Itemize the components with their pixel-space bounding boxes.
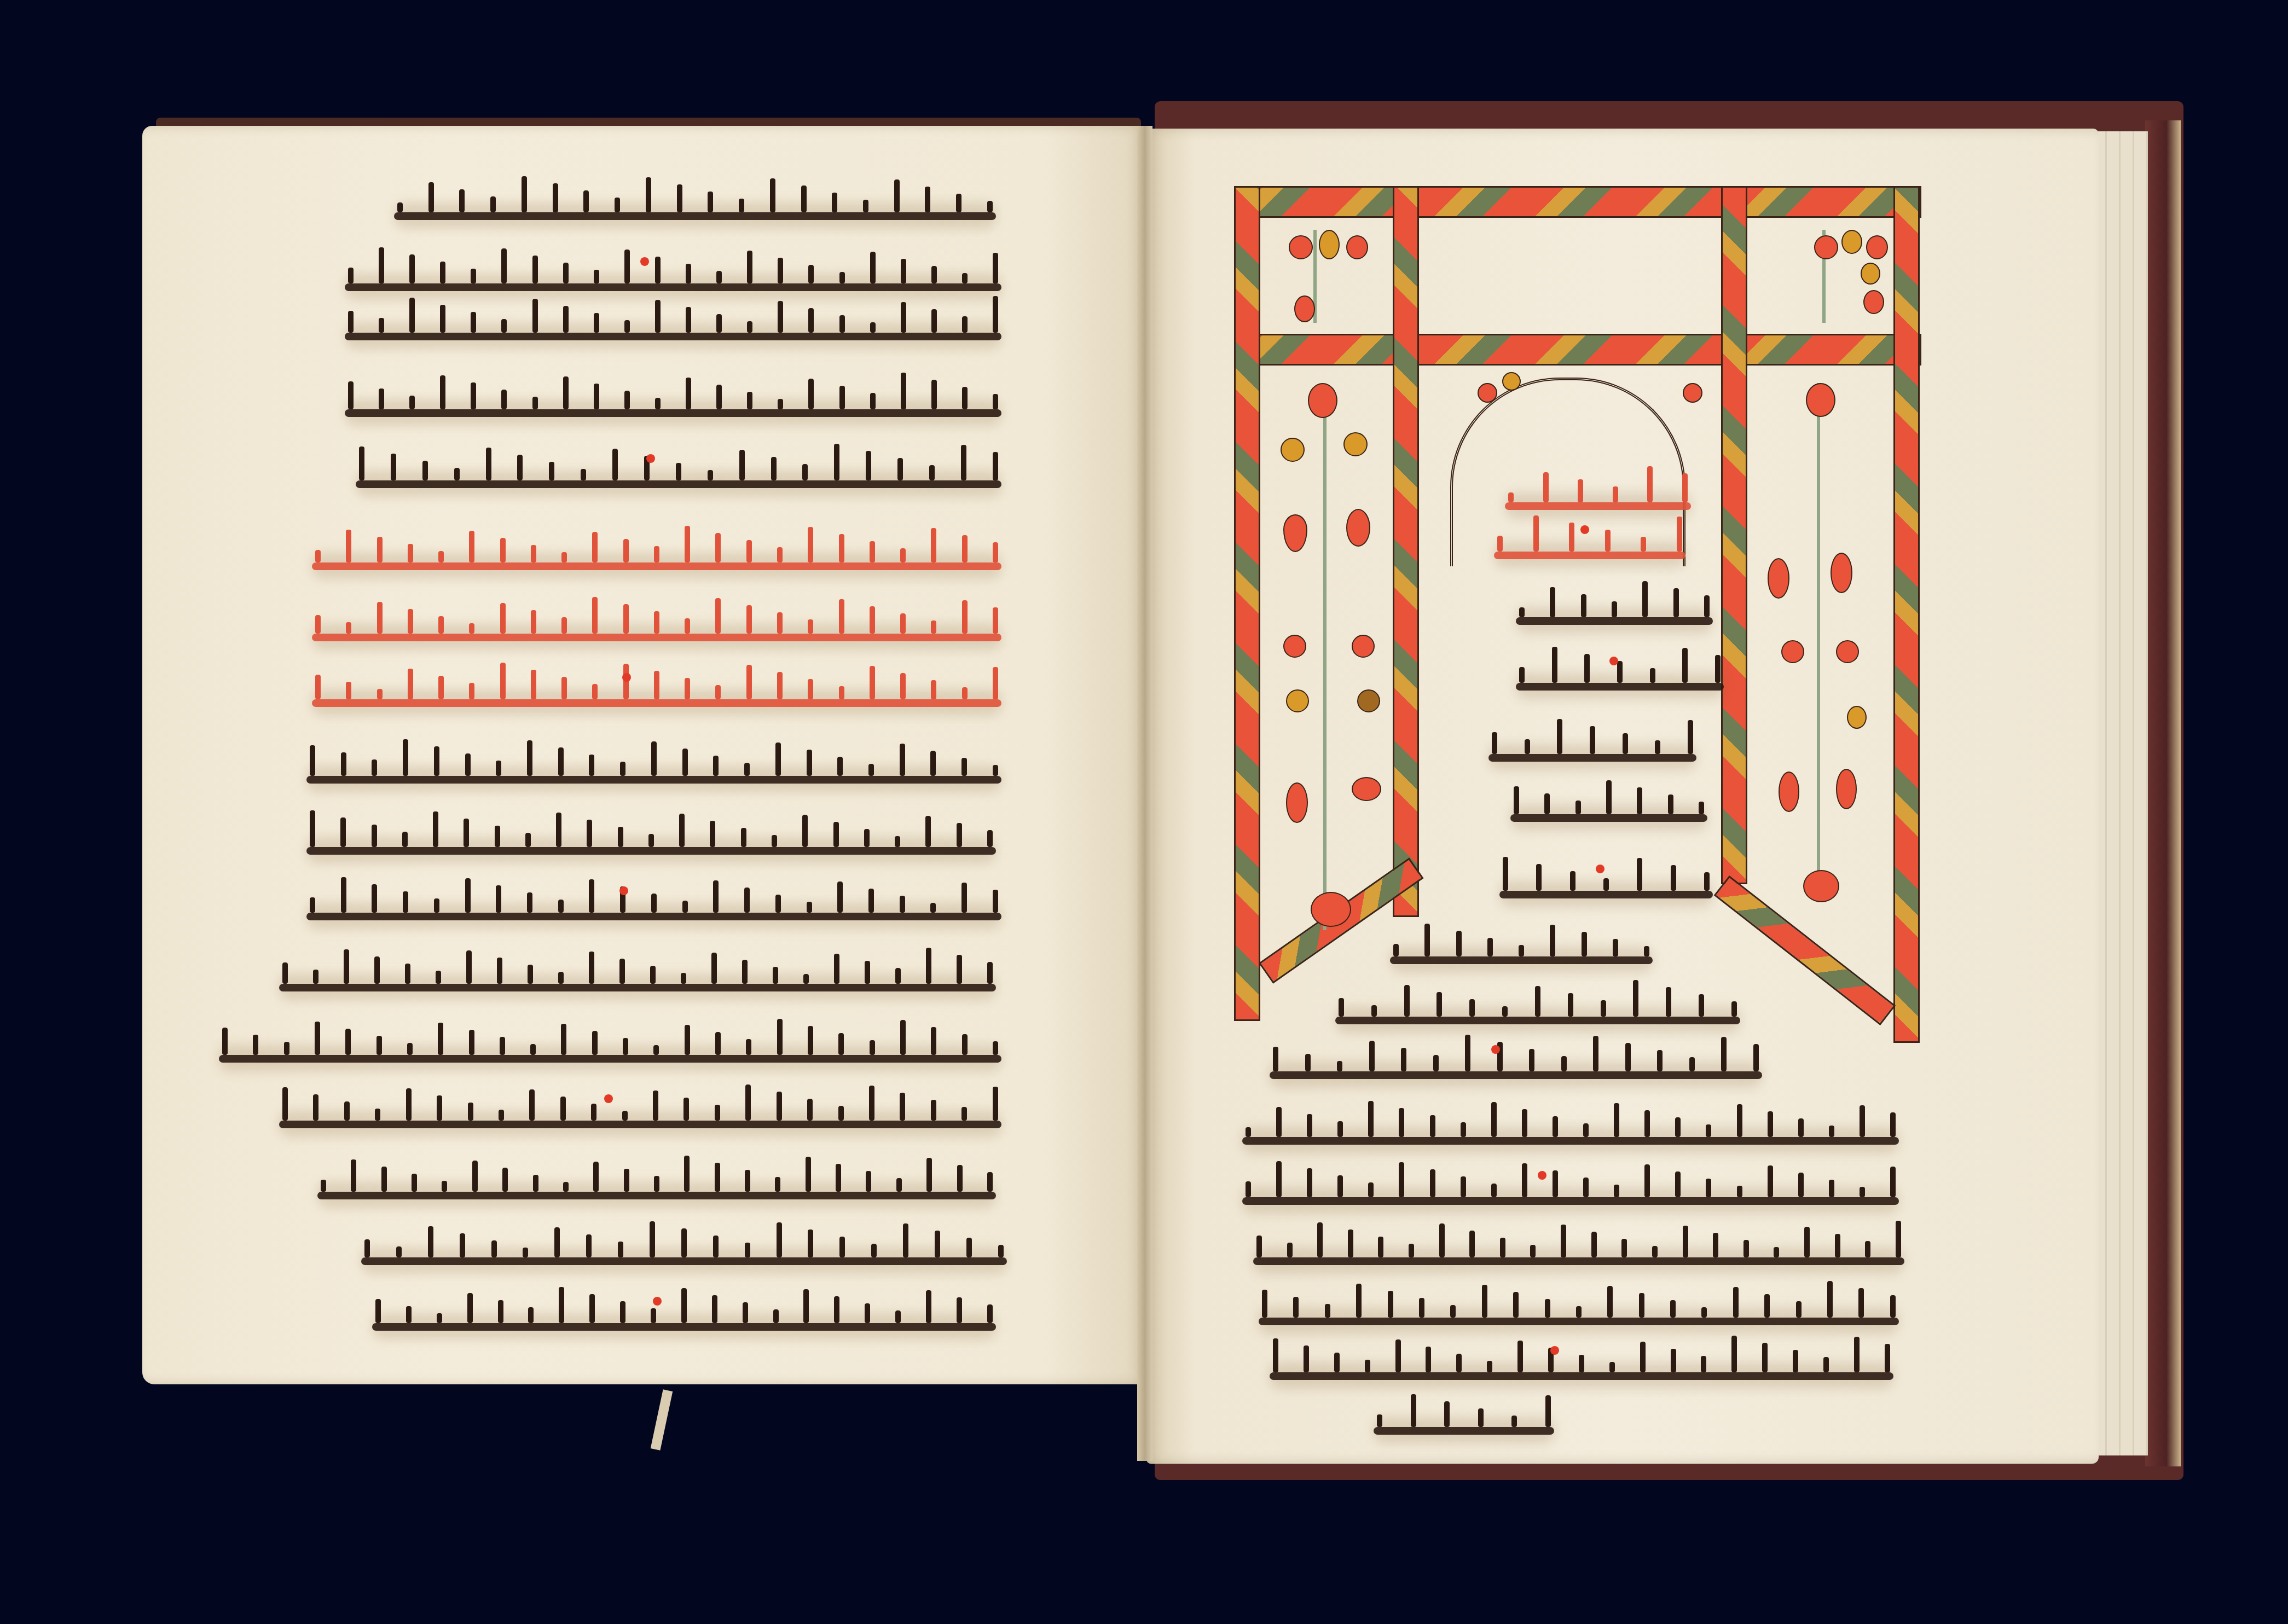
flower-icon (1281, 438, 1305, 462)
flower-icon (1831, 553, 1852, 593)
manuscript-line (306, 821, 996, 859)
manuscript-line (279, 1094, 1001, 1133)
page-stack-edge (2093, 131, 2148, 1455)
flower-icon (1289, 235, 1313, 259)
heart-flower-icon (1311, 892, 1351, 927)
manuscript-line (306, 886, 1001, 925)
manuscript-line (317, 1165, 996, 1204)
manuscript-line (1510, 788, 1707, 826)
flower-icon (1836, 640, 1859, 663)
manuscript-line (361, 1231, 1007, 1269)
flower-icon (1502, 372, 1521, 391)
flower-icon (1319, 230, 1340, 259)
flower-icon (1814, 235, 1838, 259)
manuscript-line (1253, 1231, 1904, 1269)
manuscript-line (1499, 865, 1713, 903)
flower-icon (1286, 689, 1309, 712)
manuscript-line (345, 257, 1001, 295)
flower-icon (1352, 777, 1381, 801)
frame-right-inner-column (1721, 186, 1747, 884)
manuscript-line (1390, 930, 1653, 968)
flower-icon (1847, 706, 1867, 729)
manuscript-line (1374, 1401, 1554, 1439)
manuscript-line (1242, 1171, 1899, 1209)
manuscript-line (1270, 1346, 1893, 1384)
rubric-title-line (1505, 476, 1691, 514)
flower-stem (1323, 394, 1327, 930)
rubric-dot (646, 454, 655, 463)
flower-icon (1863, 290, 1884, 314)
manuscript-line (1516, 591, 1713, 629)
manuscript-line (1259, 1291, 1899, 1330)
manuscript-line (306, 750, 1001, 788)
manuscript-line (1488, 728, 1696, 766)
rubric-dot (653, 1297, 662, 1306)
frame-left-outer-column (1234, 186, 1260, 1021)
flower-icon (1841, 230, 1862, 254)
flower-icon (1343, 432, 1368, 456)
flower-icon (1768, 558, 1789, 599)
manuscript-line (394, 186, 996, 224)
bookmark-ribbon (651, 1389, 673, 1450)
flower-icon (1779, 772, 1799, 812)
flower-icon (1286, 782, 1308, 823)
flower-icon (1346, 235, 1368, 259)
rubric-dot (622, 673, 631, 682)
flower-icon (1683, 383, 1702, 403)
flower-icon (1308, 383, 1337, 418)
manuscript-line (345, 383, 1001, 421)
rubric-dot (640, 257, 649, 266)
rubric-dot (1538, 1171, 1546, 1180)
flower-icon (1294, 295, 1315, 322)
flower-icon (1283, 635, 1306, 658)
flower-stem (1817, 383, 1820, 875)
flower-icon (1357, 689, 1380, 712)
rubric-dot (1491, 1045, 1500, 1054)
book-gutter (1137, 126, 1152, 1461)
manuscript-line (356, 454, 1001, 492)
manuscript-line (312, 536, 1001, 575)
manuscript-line (1335, 990, 1740, 1029)
rubric-dot (1609, 657, 1618, 665)
manuscript-line (345, 306, 1001, 345)
flower-icon (1478, 383, 1497, 403)
rubric-dot (1550, 1346, 1559, 1355)
manuscript-line (312, 673, 1001, 711)
manuscript-line (1242, 1111, 1899, 1149)
rubric-dot (619, 886, 628, 895)
flower-icon (1346, 509, 1370, 547)
flower-icon (1352, 635, 1375, 658)
manuscript-line (1270, 1045, 1762, 1083)
rubric-dot (1596, 865, 1605, 873)
manuscript-line (372, 1297, 996, 1335)
manuscript-line (279, 958, 996, 996)
rubric-dot (604, 1094, 613, 1103)
frame-left-inner-column (1393, 186, 1419, 917)
rubric-title-line (1494, 525, 1685, 564)
manuscript-line (219, 1029, 1001, 1067)
flower-icon (1861, 263, 1880, 285)
flower-icon (1836, 769, 1857, 809)
frame-top-band (1234, 186, 1921, 218)
manuscript-line (312, 607, 1001, 646)
flower-icon (1781, 640, 1804, 663)
flower-icon (1866, 235, 1888, 259)
book-cover-edge (2145, 120, 2181, 1466)
manuscript-line (1516, 657, 1724, 695)
frame-right-outer-column (1893, 186, 1920, 1043)
heart-flower-icon (1803, 870, 1839, 902)
rubric-dot (1580, 525, 1589, 534)
frame-middle-band (1234, 334, 1921, 366)
flower-icon (1806, 383, 1835, 417)
